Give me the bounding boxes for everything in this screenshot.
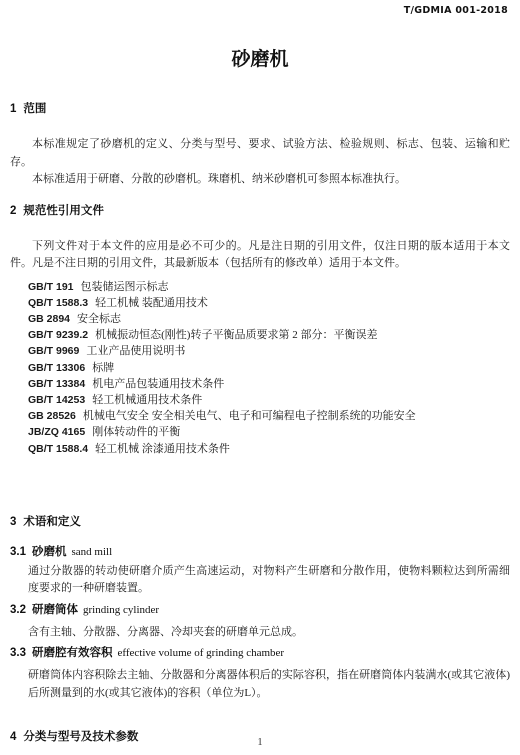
reference-code: JB/ZQ 4165 [28,426,85,438]
reference-title: 刚体转动件的平衡 [92,426,180,438]
scope-paragraphs: 本标准规定了砂磨机的定义、分类与型号、要求、试验方法、检验规则、标志、包装、运输… [10,136,510,189]
term-name-en: grinding cylinder [83,604,159,616]
paragraph: 本标准适用于研磨、分散的砂磨机。珠磨机、纳米砂磨机可参照本标准执行。 [10,171,510,189]
document-page: T/GDMIA 001-2018 砂磨机 1范围 本标准规定了砂磨机的定义、分类… [0,0,520,755]
paragraph: 本标准规定了砂磨机的定义、分类与型号、要求、试验方法、检验规则、标志、包装、运输… [10,136,510,171]
reference-item: GB/T 9239.2机械振动恒态(刚性)转子平衡品质要求第 2 部分：平衡误差 [28,327,510,343]
document-body: 1范围 本标准规定了砂磨机的定义、分类与型号、要求、试验方法、检验规则、标志、包… [0,102,520,745]
term-effective-volume: 3.3研磨腔有效容积effective volume of grinding c… [10,646,510,702]
term-number: 3.3 [10,647,26,659]
term-number: 3.1 [10,546,26,558]
reference-code: GB/T 9239.2 [28,329,88,341]
reference-title: 机械电气安全 安全相关电气、电子和可编程电子控制系统的功能安全 [83,410,416,422]
term-heading: 3.3研磨腔有效容积effective volume of grinding c… [10,646,510,661]
section-title: 规范性引用文件 [23,205,104,217]
term-definition: 通过分散器的转动使研磨介质产生高速运动，对物料产生研磨和分散作用，使物料颗粒达到… [10,563,510,598]
reference-list: GB/T 191包装储运图示标志 QB/T 1588.3轻工机械 装配通用技术 … [10,279,510,457]
section-number: 3 [10,516,16,528]
reference-title: 机械振动恒态(刚性)转子平衡品质要求第 2 部分：平衡误差 [95,329,377,341]
reference-item: GB/T 9969工业产品使用说明书 [28,343,510,359]
term-grinding-cylinder: 3.2研磨筒体grinding cylinder 含有主轴、分散器、分离器、冷却… [10,603,510,642]
reference-code: GB/T 9969 [28,345,79,357]
reference-item: QB/T 1588.3轻工机械 装配通用技术 [28,295,510,311]
document-title: 砂磨机 [0,48,520,72]
reference-code: GB/T 13384 [28,378,85,390]
page-number: 1 [0,737,520,748]
reference-item: GB 28526机械电气安全 安全相关电气、电子和可编程电子控制系统的功能安全 [28,408,510,424]
term-definition: 含有主轴、分散器、分离器、冷却夹套的研磨单元总成。 [10,624,510,642]
term-name-en: effective volume of grinding chamber [118,647,285,659]
section-heading-terms-definitions: 3术语和定义 [10,515,510,530]
reference-code: QB/T 1588.3 [28,297,88,309]
reference-title: 轻工机械通用技术条件 [92,394,202,406]
term-name-zh: 研磨筒体 [32,604,78,616]
reference-title: 标牌 [92,362,114,374]
references-intro-paragraph: 下列文件对于本文件的应用是必不可少的。凡是注日期的引用文件，仅注日期的版本适用于… [10,238,510,273]
reference-code: GB/T 191 [28,281,74,293]
reference-code: QB/T 1588.4 [28,443,88,455]
section-number: 1 [10,103,16,115]
reference-title: 安全标志 [77,313,121,325]
section-number: 2 [10,205,16,217]
reference-item: QB/T 1588.4轻工机械 涂漆通用技术条件 [28,441,510,457]
reference-item: GB/T 14253轻工机械通用技术条件 [28,392,510,408]
reference-item: GB/T 13306标牌 [28,360,510,376]
reference-code: GB 2894 [28,313,70,325]
standard-number-header: T/GDMIA 001-2018 [0,0,520,16]
section-title: 术语和定义 [23,516,81,528]
section-heading-scope: 1范围 [10,102,510,117]
reference-item: GB 2894安全标志 [28,311,510,327]
reference-code: GB/T 13306 [28,362,85,374]
reference-title: 轻工机械 涂漆通用技术条件 [95,443,230,455]
section-title: 范围 [23,103,46,115]
term-sand-mill: 3.1砂磨机sand mill 通过分散器的转动使研磨介质产生高速运动，对物料产… [10,545,510,598]
reference-code: GB/T 14253 [28,394,85,406]
section-heading-normative-references: 2规范性引用文件 [10,204,510,219]
reference-code: GB 28526 [28,410,76,422]
term-heading: 3.1砂磨机sand mill [10,545,510,560]
reference-item: GB/T 191包装储运图示标志 [28,279,510,295]
reference-title: 包装储运图示标志 [81,281,169,293]
reference-item: GB/T 13384机电产品包装通用技术条件 [28,376,510,392]
reference-item: JB/ZQ 4165刚体转动件的平衡 [28,424,510,440]
term-name-zh: 砂磨机 [32,546,67,558]
term-name-en: sand mill [72,546,113,558]
term-name-zh: 研磨腔有效容积 [32,647,113,659]
term-definition: 研磨筒体内容积除去主轴、分散器和分离器体积后的实际容积，指在研磨筒体内装满水(或… [10,667,510,702]
term-number: 3.2 [10,604,26,616]
reference-title: 工业产品使用说明书 [86,345,185,357]
reference-title: 轻工机械 装配通用技术 [95,297,208,309]
reference-title: 机电产品包装通用技术条件 [92,378,224,390]
term-heading: 3.2研磨筒体grinding cylinder [10,603,510,618]
